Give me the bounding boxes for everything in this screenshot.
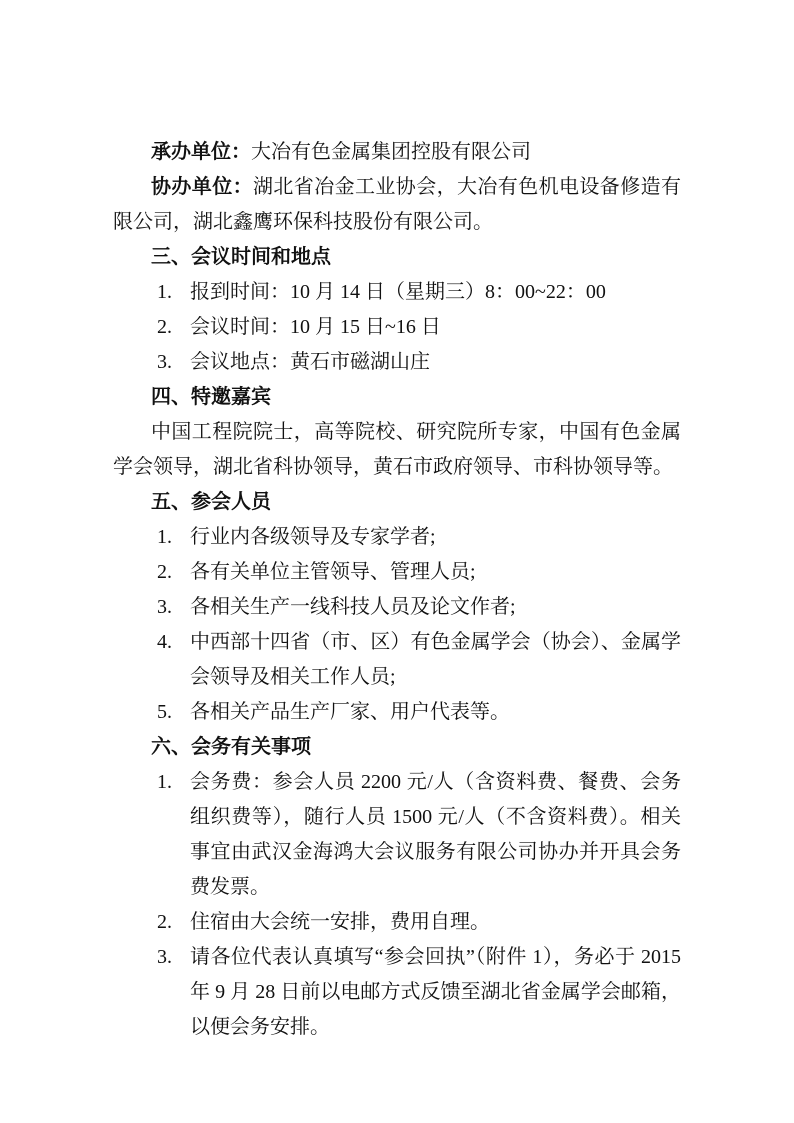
list-item: 4.中西部十四省（市、区）有色金属学会（协会）、金属学会领导及相关工作人员; <box>113 625 681 695</box>
list-item-text: 各有关单位主管领导、管理人员; <box>190 561 476 583</box>
list-item-text: 会务费：参会人员 2200 元/人（含资料费、餐费、会务组织费等），随行人员 1… <box>190 771 681 898</box>
organizer-label: 承办单位： <box>151 141 251 163</box>
section-heading-guests: 四、特邀嘉宾 <box>151 380 681 415</box>
list-item-text: 会议地点：黄石市磁湖山庄 <box>190 351 430 373</box>
paragraph-organizer: 承办单位：大冶有色金属集团控股有限公司 <box>113 135 681 170</box>
list-item: 1.行业内各级领导及专家学者; <box>113 520 681 555</box>
section-heading-participants: 五、参会人员 <box>151 485 681 520</box>
list-number: 4. <box>157 625 172 660</box>
list-item: 3.请各位代表认真填写“参会回执”（附件 1），务必于 2015 年 9 月 2… <box>113 940 681 1045</box>
list-number: 2. <box>157 905 172 940</box>
organizer-text: 大冶有色金属集团控股有限公司 <box>251 141 531 163</box>
paragraph-co-organizer: 协办单位：湖北省冶金工业协会，大冶有色机电设备修造有限公司，湖北鑫鹰环保科技股份… <box>113 170 681 240</box>
list-number: 3. <box>157 590 172 625</box>
list-item-text: 各相关产品生产厂家、用户代表等。 <box>190 701 510 723</box>
list-number: 3. <box>157 940 172 975</box>
document-page: 承办单位：大冶有色金属集团控股有限公司 协办单位：湖北省冶金工业协会，大冶有色机… <box>0 0 794 1123</box>
list-number: 1. <box>157 275 172 310</box>
list-item-text: 住宿由大会统一安排，费用自理。 <box>190 911 490 933</box>
list-number: 3. <box>157 345 172 380</box>
paragraph-guests: 中国工程院院士，高等院校、研究院所专家，中国有色金属学会领导，湖北省科协领导，黄… <box>113 415 681 485</box>
list-item-text: 报到时间：10 月 14 日（星期三）8：00~22：00 <box>190 281 606 303</box>
list-item: 2.会议时间：10 月 15 日~16 日 <box>113 310 681 345</box>
list-item: 3.各相关生产一线科技人员及论文作者; <box>113 590 681 625</box>
list-item: 3.会议地点：黄石市磁湖山庄 <box>113 345 681 380</box>
list-item: 2.各有关单位主管领导、管理人员; <box>113 555 681 590</box>
section-heading-logistics: 六、会务有关事项 <box>151 730 681 765</box>
list-item: 5.各相关产品生产厂家、用户代表等。 <box>113 695 681 730</box>
list-number: 1. <box>157 520 172 555</box>
co-organizer-label: 协办单位： <box>151 176 253 198</box>
list-item: 1.报到时间：10 月 14 日（星期三）8：00~22：00 <box>113 275 681 310</box>
list-item: 2.住宿由大会统一安排，费用自理。 <box>113 905 681 940</box>
list-number: 2. <box>157 555 172 590</box>
list-item-text: 会议时间：10 月 15 日~16 日 <box>190 316 441 338</box>
section-heading-time-place: 三、会议时间和地点 <box>151 240 681 275</box>
list-item: 1.会务费：参会人员 2200 元/人（含资料费、餐费、会务组织费等），随行人员… <box>113 765 681 905</box>
logistics-list: 1.会务费：参会人员 2200 元/人（含资料费、餐费、会务组织费等），随行人员… <box>113 765 681 1045</box>
list-number: 1. <box>157 765 172 800</box>
participants-list: 1.行业内各级领导及专家学者; 2.各有关单位主管领导、管理人员; 3.各相关生… <box>113 520 681 730</box>
list-item-text: 各相关生产一线科技人员及论文作者; <box>190 596 516 618</box>
list-number: 5. <box>157 695 172 730</box>
list-item-text: 请各位代表认真填写“参会回执”（附件 1），务必于 2015 年 9 月 28 … <box>190 946 681 1038</box>
time-place-list: 1.报到时间：10 月 14 日（星期三）8：00~22：00 2.会议时间：1… <box>113 275 681 380</box>
list-item-text: 行业内各级领导及专家学者; <box>190 526 436 548</box>
list-number: 2. <box>157 310 172 345</box>
list-item-text: 中西部十四省（市、区）有色金属学会（协会）、金属学会领导及相关工作人员; <box>190 631 681 688</box>
